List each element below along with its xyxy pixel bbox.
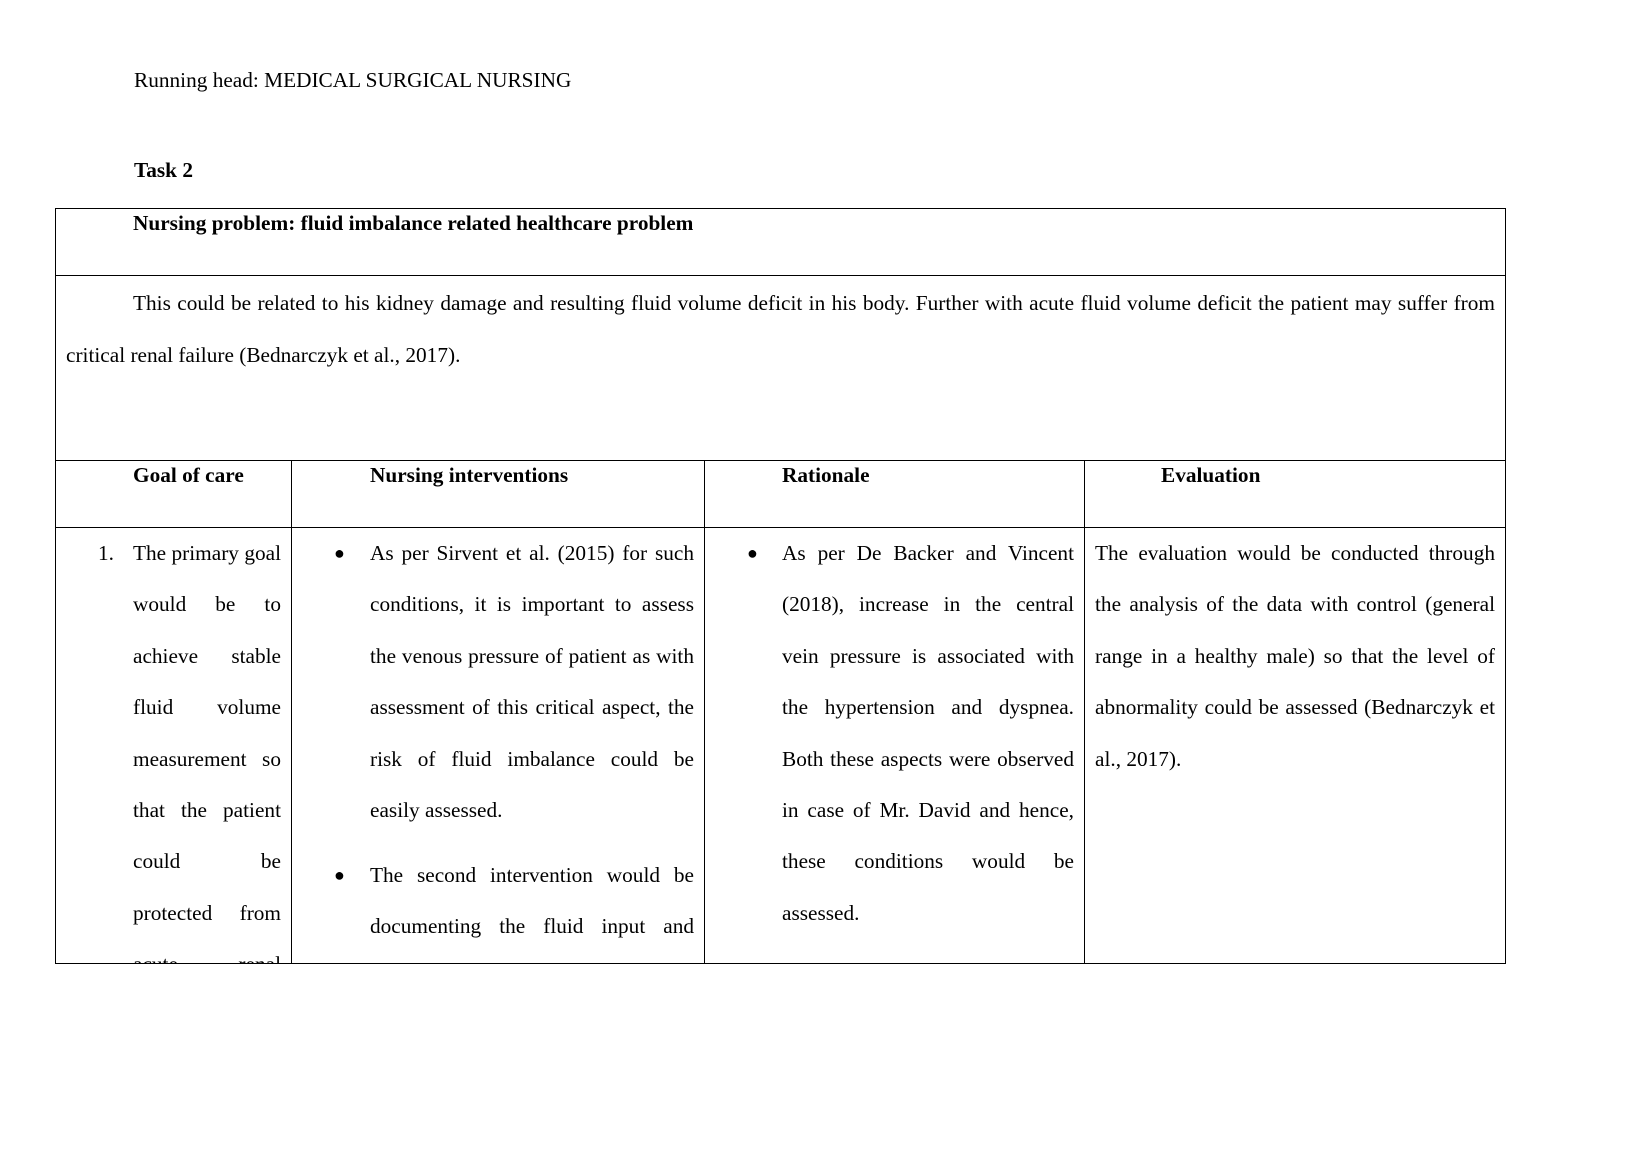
interventions-cell: ● As per Sirvent et al. (2015) for such … [292,528,705,964]
rationale-cell: ● As per De Backer and Vincent (2018), i… [705,528,1085,964]
bullet-icon: ● [747,528,758,579]
intervention-text: As per Sirvent et al. (2015) for such co… [370,528,694,836]
header-cell-rationale: Rationale [705,461,1085,527]
column-header-goal: Goal of care [133,461,244,489]
rationale-text: As per De Backer and Vincent (2018), inc… [782,528,1074,939]
goal-number: 1. [98,528,114,579]
table-header-row: Goal of care Nursing interventions Ratio… [56,461,1505,528]
column-header-evaluation: Evaluation [1161,461,1260,489]
goal-cell: 1. The primary goal would be to achieve … [56,528,292,964]
table-row: 1. The primary goal would be to achieve … [56,528,1505,964]
column-header-interventions: Nursing interventions [370,461,568,489]
header-cell-interventions: Nursing interventions [292,461,705,527]
header-cell-evaluation: Evaluation [1085,461,1505,527]
bullet-icon: ● [334,528,345,579]
goal-text: The primary goal would be to achieve sta… [133,528,281,964]
bullet-icon: ● [334,850,345,901]
task-title: Task 2 [134,156,193,184]
running-head: Running head: MEDICAL SURGICAL NURSING [134,66,571,94]
nursing-problem-title: Nursing problem: fluid imbalance related… [133,209,693,237]
problem-title-row: Nursing problem: fluid imbalance related… [56,209,1505,276]
care-plan-table: Nursing problem: fluid imbalance related… [55,208,1506,964]
nursing-problem-description: This could be related to his kidney dama… [66,278,1495,381]
intervention-text: The second intervention would be documen… [370,850,694,953]
column-header-rationale: Rationale [782,461,870,489]
evaluation-text: The evaluation would be conducted throug… [1095,528,1495,785]
evaluation-cell: The evaluation would be conducted throug… [1085,528,1505,964]
header-cell-goal: Goal of care [56,461,292,527]
problem-description-row: This could be related to his kidney dama… [56,276,1505,461]
